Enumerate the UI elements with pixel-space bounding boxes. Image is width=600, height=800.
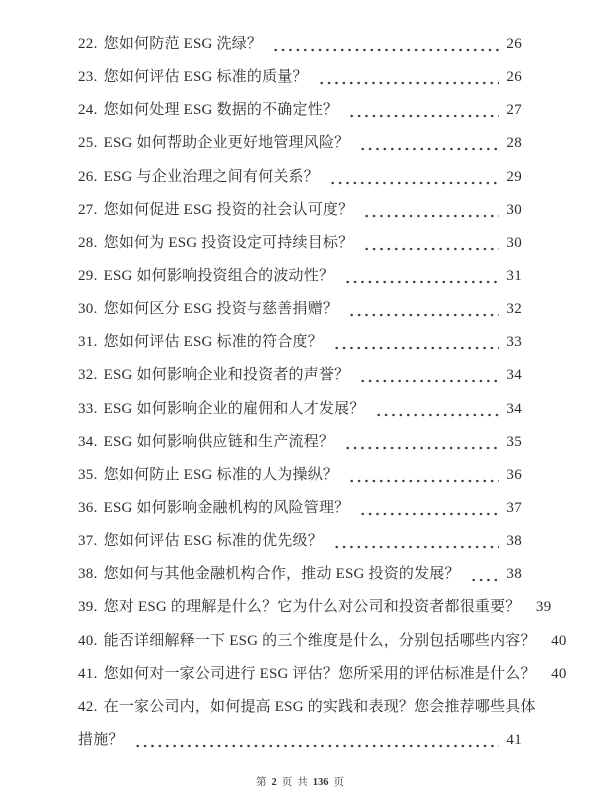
toc-entry[interactable]: 42.在一家公司内，如何提高 ESG 的实践和表现？您会推荐哪些具体 [78, 691, 522, 724]
entry-page-number: 26 [504, 70, 522, 85]
entry-page-number: 34 [504, 402, 522, 417]
entry-title: 能否详细解释一下 ESG 的三个维度是什么，分别包括哪些内容？ [104, 634, 536, 649]
toc-entry[interactable]: 28.您如何为 ESG 投资设定可持续目标？30 [78, 227, 522, 260]
entry-title: 您如何防止 ESG 标准的人为操纵？ [104, 468, 338, 483]
dot-leader [357, 359, 499, 392]
entry-title: ESG 与企业治理之间有何关系？ [104, 170, 319, 185]
entry-number: 27. [78, 203, 98, 218]
dot-leader [357, 492, 499, 525]
entry-number: 40. [78, 634, 98, 649]
toc-entry[interactable]: 31.您如何评估 ESG 标准的符合度？33 [78, 326, 522, 359]
entry-number: 24. [78, 103, 98, 118]
entry-title: 您如何处理 ESG 数据的不确定性？ [104, 103, 338, 118]
entry-page-number: 39 [534, 600, 552, 615]
dot-leader [361, 227, 499, 260]
toc-entry[interactable]: 35.您如何防止 ESG 标准的人为操纵？36 [78, 459, 522, 492]
dot-leader [357, 127, 499, 160]
entry-title: 措施？ [78, 733, 124, 748]
entry-title: ESG 如何影响企业和投资者的声誉？ [104, 368, 350, 383]
toc-entry[interactable]: 25.ESG 如何帮助企业更好地管理风险？28 [78, 127, 522, 160]
entry-title: 您如何评估 ESG 标准的优先级？ [104, 534, 323, 549]
dot-leader [346, 459, 499, 492]
dot-leader [373, 393, 499, 426]
entry-page-number: 26 [504, 37, 522, 52]
toc-entry[interactable]: 38.您如何与其他金融机构合作，推动 ESG 投资的发展？38 [78, 558, 522, 591]
entry-title: 您如何评估 ESG 标准的质量？ [104, 70, 308, 85]
toc-entry[interactable]: 34.ESG 如何影响供应链和生产流程？35 [78, 426, 522, 459]
footer-page-label: 第 [256, 777, 267, 788]
dot-leader [361, 194, 499, 227]
dot-leader [468, 558, 499, 591]
footer-of-label: 共 [297, 777, 308, 788]
toc-entry[interactable]: 41.您如何对一家公司进行 ESG 评估？您所采用的评估标准是什么？40 [78, 658, 522, 691]
entry-number: 30. [78, 302, 98, 317]
entry-page-number: 28 [504, 136, 522, 151]
entry-title: ESG 如何影响企业的雇佣和人才发展？ [104, 402, 365, 417]
toc-entry[interactable]: 40.能否详细解释一下 ESG 的三个维度是什么，分别包括哪些内容？40 [78, 625, 522, 658]
entry-page-number: 35 [504, 435, 522, 450]
entry-title: 您如何与其他金融机构合作，推动 ESG 投资的发展？ [104, 567, 460, 582]
entry-number: 39. [78, 600, 98, 615]
dot-leader [331, 326, 499, 359]
toc-entry[interactable]: 27.您如何促进 ESG 投资的社会认可度？30 [78, 194, 522, 227]
entry-title: 您如何为 ESG 投资设定可持续目标？ [104, 236, 354, 251]
entry-title: 您如何对一家公司进行 ESG 评估？您所采用的评估标准是什么？ [104, 667, 536, 682]
entry-number: 32. [78, 368, 98, 383]
dot-leader [316, 61, 499, 94]
dot-leader [342, 426, 499, 459]
dot-leader [346, 293, 499, 326]
entry-page-number: 34 [504, 368, 522, 383]
entry-page-number: 38 [504, 567, 522, 582]
entry-number: 38. [78, 567, 98, 582]
entry-number: 33. [78, 402, 98, 417]
entry-page-number: 40 [549, 634, 567, 649]
entry-page-number: 38 [504, 534, 522, 549]
entry-page-number: 27 [504, 103, 522, 118]
entry-title: ESG 如何帮助企业更好地管理风险？ [104, 136, 350, 151]
dot-leader [342, 260, 499, 293]
toc-entry[interactable]: 37.您如何评估 ESG 标准的优先级？38 [78, 525, 522, 558]
entry-number: 25. [78, 136, 98, 151]
entry-page-number: 30 [504, 203, 522, 218]
entry-number: 35. [78, 468, 98, 483]
entry-page-number: 29 [504, 170, 522, 185]
entry-page-number: 31 [504, 269, 522, 284]
toc-entry[interactable]: 33.ESG 如何影响企业的雇佣和人才发展？34 [78, 393, 522, 426]
document-page: { "colors": { "background": "#ffffff", "… [0, 0, 600, 800]
entry-title: 您如何评估 ESG 标准的符合度？ [104, 335, 323, 350]
toc-entry[interactable]: 39.您对 ESG 的理解是什么？它为什么对公司和投资者都很重要？39 [78, 591, 522, 624]
dot-leader [270, 28, 499, 61]
entry-number: 26. [78, 170, 98, 185]
entry-page-number: 41 [504, 733, 522, 748]
entry-number: 36. [78, 501, 98, 516]
entry-number: 23. [78, 70, 98, 85]
entry-number: 42. [78, 700, 98, 715]
toc-page: 22.您如何防范 ESG 洗绿？2623.您如何评估 ESG 标准的质量？262… [0, 0, 600, 800]
entry-number: 28. [78, 236, 98, 251]
toc-entry[interactable]: 36.ESG 如何影响金融机构的风险管理？37 [78, 492, 522, 525]
toc-list: 22.您如何防范 ESG 洗绿？2623.您如何评估 ESG 标准的质量？262… [0, 0, 600, 757]
entry-number: 34. [78, 435, 98, 450]
dot-leader [132, 724, 499, 757]
toc-entry-continuation[interactable]: 措施？41 [78, 724, 522, 757]
dot-leader [346, 94, 499, 127]
footer-current-page: 2 [272, 777, 277, 788]
entry-number: 31. [78, 335, 98, 350]
toc-entry[interactable]: 29.ESG 如何影响投资组合的波动性？31 [78, 260, 522, 293]
entry-title: 您如何促进 ESG 投资的社会认可度？ [104, 203, 354, 218]
entry-page-number: 37 [504, 501, 522, 516]
page-footer: 第2页共136页 [0, 774, 600, 789]
entry-title: ESG 如何影响投资组合的波动性？ [104, 269, 335, 284]
footer-page-label: 页 [334, 777, 345, 788]
toc-entry[interactable]: 24.您如何处理 ESG 数据的不确定性？27 [78, 94, 522, 127]
entry-page-number: 36 [504, 468, 522, 483]
entry-title: 您对 ESG 的理解是什么？它为什么对公司和投资者都很重要？ [104, 600, 521, 615]
entry-title: 您如何区分 ESG 投资与慈善捐赠？ [104, 302, 338, 317]
entry-page-number: 33 [504, 335, 522, 350]
dot-leader [327, 161, 499, 194]
entry-title: 您如何防范 ESG 洗绿？ [104, 37, 262, 52]
toc-entry[interactable]: 32.ESG 如何影响企业和投资者的声誉？34 [78, 359, 522, 392]
entry-number: 29. [78, 269, 98, 284]
dot-leader [331, 525, 499, 558]
entry-number: 22. [78, 37, 98, 52]
footer-page-label: 页 [282, 777, 293, 788]
entry-title: ESG 如何影响金融机构的风险管理？ [104, 501, 350, 516]
entry-page-number: 32 [504, 302, 522, 317]
toc-entry[interactable]: 22.您如何防范 ESG 洗绿？26 [78, 28, 522, 61]
entry-number: 37. [78, 534, 98, 549]
entry-title: 在一家公司内，如何提高 ESG 的实践和表现？您会推荐哪些具体 [104, 700, 536, 715]
toc-entry[interactable]: 26.ESG 与企业治理之间有何关系？29 [78, 161, 522, 194]
toc-entry[interactable]: 30.您如何区分 ESG 投资与慈善捐赠？32 [78, 293, 522, 326]
footer-total-pages: 136 [313, 777, 329, 788]
entry-page-number: 30 [504, 236, 522, 251]
toc-entry[interactable]: 23.您如何评估 ESG 标准的质量？26 [78, 61, 522, 94]
entry-title: ESG 如何影响供应链和生产流程？ [104, 435, 335, 450]
entry-number: 41. [78, 667, 98, 682]
entry-page-number: 40 [549, 667, 567, 682]
